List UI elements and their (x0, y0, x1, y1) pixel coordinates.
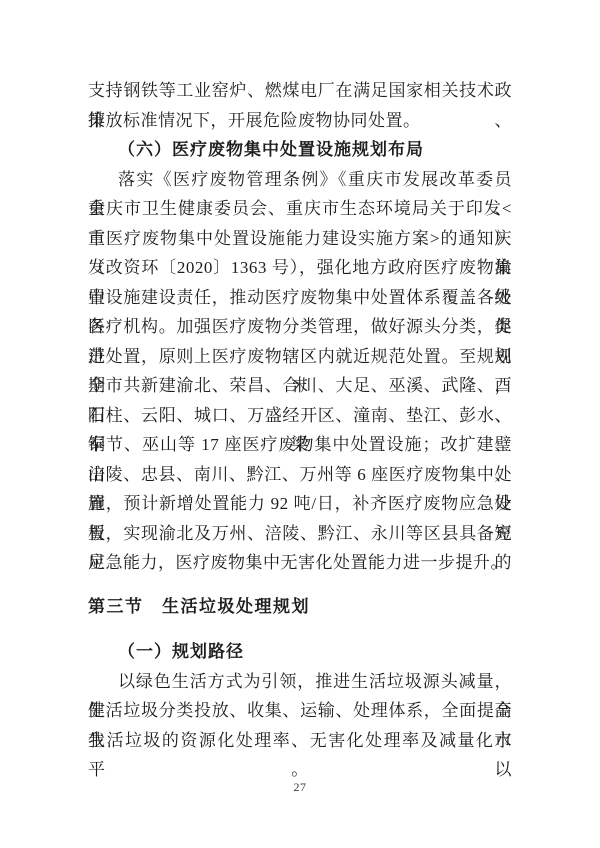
text-line: 板，实现渝北及万州、涪陵、黔江、永川等区县具备充足的 (88, 519, 512, 549)
text-line: 施，预计新增处置能力 92 吨/日，补齐医疗废物应急处置短 (88, 489, 512, 519)
text-line: 重庆市卫生健康委员会、重庆市生态环境局关于印发<重庆 (88, 194, 512, 224)
document-body: 支持钢铁等工业窑炉、燃煤电厂在满足国家相关技术政策、排放标准情况下，开展危险废物… (88, 76, 512, 755)
text-line: 涪陵、忠县、南川、黔江、万州等 6 座医疗废物集中处置设 (88, 460, 512, 490)
text-line: 生活垃圾分类投放、收集、运输、处理体系，全面提高我市 (88, 696, 512, 726)
text-line: 置设施建设责任，推动医疗废物集中处置体系覆盖各级各类 (88, 283, 512, 313)
text-line: 生活垃圾的资源化处理率、无害化处理率及减量化水平。以 (88, 726, 512, 756)
text-line: 支持钢铁等工业窑炉、燃煤电厂在满足国家相关技术政策、 (88, 76, 512, 106)
text-line: 全市共新建渝北、荣昌、合川、大足、巫溪、武隆、酉阳、 (88, 371, 512, 401)
text-line: 发改资环〔2020〕1363 号），强化地方政府医疗废物集中处 (88, 253, 512, 283)
text-line: 奉节、巫山等 17 座医疗废物集中处置设施；改扩建璧山、 (88, 430, 512, 460)
page-number: 27 (0, 780, 600, 795)
subsection-heading: （六）医疗废物集中处置设施规划布局 (88, 135, 512, 165)
text-line: 石柱、云阳、城口、万盛经开区、潼南、垫江、彭水、铜梁、 (88, 401, 512, 431)
text-line: 范处置，原则上医疗废物辖区内就近规范处置。至规划期末， (88, 342, 512, 372)
subsection-heading: （一）规划路径 (88, 637, 512, 667)
text-line: 市医疗废物集中处置设施能力建设实施方案>的通知》（渝 (88, 224, 512, 254)
text-line: 落实《医疗废物管理条例》《重庆市发展改革委员会、 (88, 165, 512, 195)
document-page: 支持钢铁等工业窑炉、燃煤电厂在满足国家相关技术政策、排放标准情况下，开展危险废物… (0, 0, 600, 848)
text-line: 以绿色生活方式为引领，推进生活垃圾源头减量，健全 (88, 667, 512, 697)
text-line: 应急能力，医疗废物集中无害化处置能力进一步提升。 (88, 548, 512, 578)
text-line: 医疗机构。加强医疗废物分类管理，做好源头分类，促进规 (88, 312, 512, 342)
section-heading: 第三节 生活垃圾处理规划 (88, 592, 512, 622)
